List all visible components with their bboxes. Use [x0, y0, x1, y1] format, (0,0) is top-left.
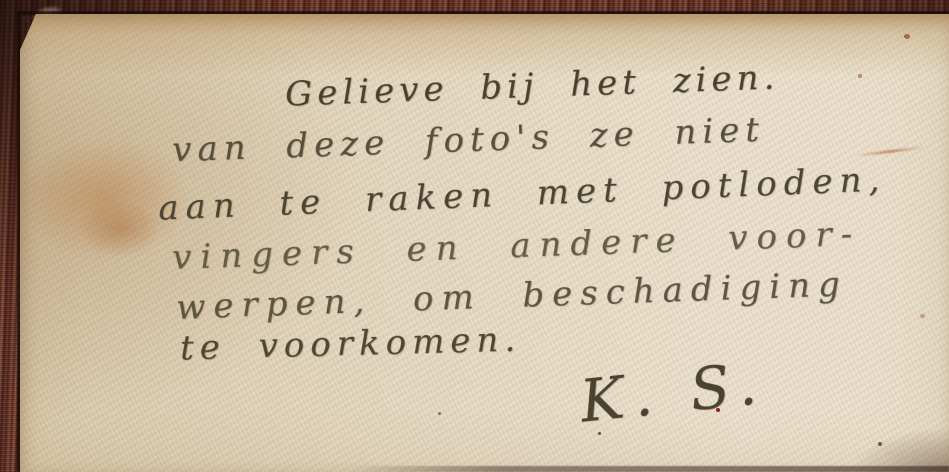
dark-speck: [878, 442, 882, 446]
album-cover-background: Gelieve bij het zien. van deze foto's ze…: [0, 0, 949, 472]
handwriting-line-2: van deze foto's ze niet: [171, 110, 765, 171]
note-paper: Gelieve bij het zien. van deze foto's ze…: [20, 14, 949, 472]
rust-speck: [858, 74, 862, 78]
signature-initials: K. S.: [577, 348, 769, 435]
page-bottom-shadow: [350, 466, 949, 472]
scratch-mark: [855, 146, 925, 158]
handwriting-line-6: te voorkomen.: [180, 320, 522, 369]
rust-speck: [904, 34, 910, 39]
dark-speck: [438, 412, 441, 415]
handwriting-line-1: Gelieve bij het zien.: [284, 57, 779, 114]
rust-speck: [920, 314, 925, 318]
